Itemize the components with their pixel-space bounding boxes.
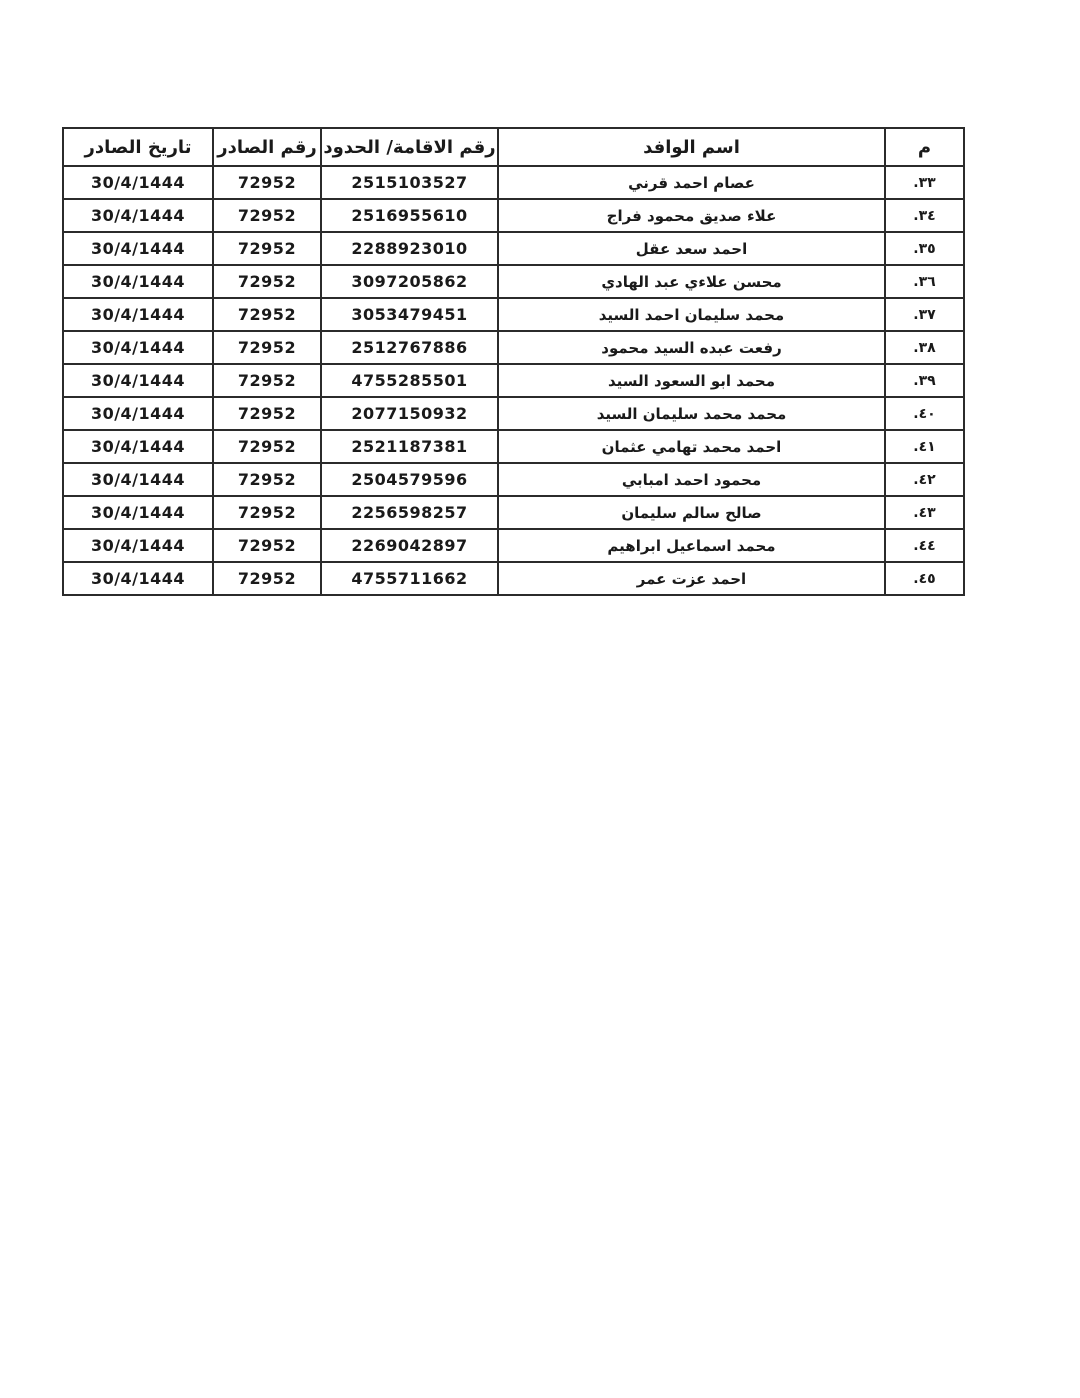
cell-serial: ٤٠. xyxy=(885,397,964,430)
cell-issue-number: 72952 xyxy=(213,232,321,265)
cell-issue-date: 30/4/1444 xyxy=(63,331,213,364)
cell-name: محمد اسماعيل ابراهيم xyxy=(498,529,885,562)
cell-name: رفعت عبده السيد محمود xyxy=(498,331,885,364)
table-row: ٣٩. محمد ابو السعود السيد 4755285501 729… xyxy=(63,364,964,397)
cell-residence: 2516955610 xyxy=(321,199,498,232)
table-row: ٣٦. محسن علاءي عبد الهادي 3097205862 729… xyxy=(63,265,964,298)
cell-issue-number: 72952 xyxy=(213,397,321,430)
cell-issue-number: 72952 xyxy=(213,166,321,199)
cell-serial: ٣٥. xyxy=(885,232,964,265)
cell-name: احمد محمد تهامي عثمان xyxy=(498,430,885,463)
table-row: ٣٤. علاء صديق محمود فراج 2516955610 7295… xyxy=(63,199,964,232)
col-header-serial: م xyxy=(885,128,964,166)
cell-issue-date: 30/4/1444 xyxy=(63,298,213,331)
cell-serial: ٣٦. xyxy=(885,265,964,298)
cell-issue-number: 72952 xyxy=(213,496,321,529)
cell-issue-date: 30/4/1444 xyxy=(63,397,213,430)
cell-residence: 3053479451 xyxy=(321,298,498,331)
cell-name: محمد سليمان احمد السيد xyxy=(498,298,885,331)
cell-issue-date: 30/4/1444 xyxy=(63,496,213,529)
table-row: ٤٠. محمد محمد سليمان السيد 2077150932 72… xyxy=(63,397,964,430)
table-body: ٣٣. عصام احمد قرني 2515103527 72952 30/4… xyxy=(63,166,964,595)
cell-residence: 2269042897 xyxy=(321,529,498,562)
cell-issue-date: 30/4/1444 xyxy=(63,232,213,265)
cell-issue-date: 30/4/1444 xyxy=(63,199,213,232)
cell-name: محسن علاءي عبد الهادي xyxy=(498,265,885,298)
cell-name: صالح سالم سليمان xyxy=(498,496,885,529)
cell-issue-number: 72952 xyxy=(213,463,321,496)
table-row: ٤٣. صالح سالم سليمان 2256598257 72952 30… xyxy=(63,496,964,529)
cell-serial: ٤١. xyxy=(885,430,964,463)
cell-serial: ٤٣. xyxy=(885,496,964,529)
cell-issue-number: 72952 xyxy=(213,562,321,595)
table-row: ٤٤. محمد اسماعيل ابراهيم 2269042897 7295… xyxy=(63,529,964,562)
table-row: ٤١. احمد محمد تهامي عثمان 2521187381 729… xyxy=(63,430,964,463)
cell-residence: 4755711662 xyxy=(321,562,498,595)
cell-residence: 2521187381 xyxy=(321,430,498,463)
cell-residence: 2256598257 xyxy=(321,496,498,529)
cell-serial: ٣٣. xyxy=(885,166,964,199)
cell-name: عصام احمد قرني xyxy=(498,166,885,199)
table-header: م اسم الوافد رقم الاقامة/ الحدود رقم الص… xyxy=(63,128,964,166)
cell-name: محمد ابو السعود السيد xyxy=(498,364,885,397)
cell-serial: ٣٨. xyxy=(885,331,964,364)
col-header-name: اسم الوافد xyxy=(498,128,885,166)
cell-name: احمد عزت عمر xyxy=(498,562,885,595)
cell-name: محمد محمد سليمان السيد xyxy=(498,397,885,430)
cell-issue-number: 72952 xyxy=(213,199,321,232)
arrivals-table: م اسم الوافد رقم الاقامة/ الحدود رقم الص… xyxy=(62,127,965,596)
cell-issue-date: 30/4/1444 xyxy=(63,364,213,397)
table-row: ٣٧. محمد سليمان احمد السيد 3053479451 72… xyxy=(63,298,964,331)
cell-issue-number: 72952 xyxy=(213,331,321,364)
table-row: ٣٣. عصام احمد قرني 2515103527 72952 30/4… xyxy=(63,166,964,199)
cell-issue-date: 30/4/1444 xyxy=(63,562,213,595)
cell-issue-date: 30/4/1444 xyxy=(63,529,213,562)
cell-issue-date: 30/4/1444 xyxy=(63,166,213,199)
table-row: ٣٥. احمد سعد عقل 2288923010 72952 30/4/1… xyxy=(63,232,964,265)
col-header-issue-date: تاريخ الصادر xyxy=(63,128,213,166)
cell-residence: 2515103527 xyxy=(321,166,498,199)
cell-residence: 2504579596 xyxy=(321,463,498,496)
cell-issue-number: 72952 xyxy=(213,265,321,298)
table-row: ٤٥. احمد عزت عمر 4755711662 72952 30/4/1… xyxy=(63,562,964,595)
cell-serial: ٣٧. xyxy=(885,298,964,331)
cell-name: علاء صديق محمود فراج xyxy=(498,199,885,232)
cell-residence: 4755285501 xyxy=(321,364,498,397)
cell-issue-number: 72952 xyxy=(213,298,321,331)
cell-serial: ٣٩. xyxy=(885,364,964,397)
table-row: ٣٨. رفعت عبده السيد محمود 2512767886 729… xyxy=(63,331,964,364)
cell-residence: 2512767886 xyxy=(321,331,498,364)
col-header-residence: رقم الاقامة/ الحدود xyxy=(321,128,498,166)
cell-serial: ٤٥. xyxy=(885,562,964,595)
cell-serial: ٤٢. xyxy=(885,463,964,496)
cell-serial: ٣٤. xyxy=(885,199,964,232)
cell-residence: 2077150932 xyxy=(321,397,498,430)
cell-issue-number: 72952 xyxy=(213,364,321,397)
cell-serial: ٤٤. xyxy=(885,529,964,562)
cell-issue-number: 72952 xyxy=(213,430,321,463)
cell-name: محمود احمد امبابي xyxy=(498,463,885,496)
table-row: ٤٢. محمود احمد امبابي 2504579596 72952 3… xyxy=(63,463,964,496)
cell-residence: 2288923010 xyxy=(321,232,498,265)
cell-issue-date: 30/4/1444 xyxy=(63,265,213,298)
cell-residence: 3097205862 xyxy=(321,265,498,298)
cell-issue-number: 72952 xyxy=(213,529,321,562)
col-header-issue-number: رقم الصادر xyxy=(213,128,321,166)
cell-name: احمد سعد عقل xyxy=(498,232,885,265)
cell-issue-date: 30/4/1444 xyxy=(63,430,213,463)
cell-issue-date: 30/4/1444 xyxy=(63,463,213,496)
header-row: م اسم الوافد رقم الاقامة/ الحدود رقم الص… xyxy=(63,128,964,166)
